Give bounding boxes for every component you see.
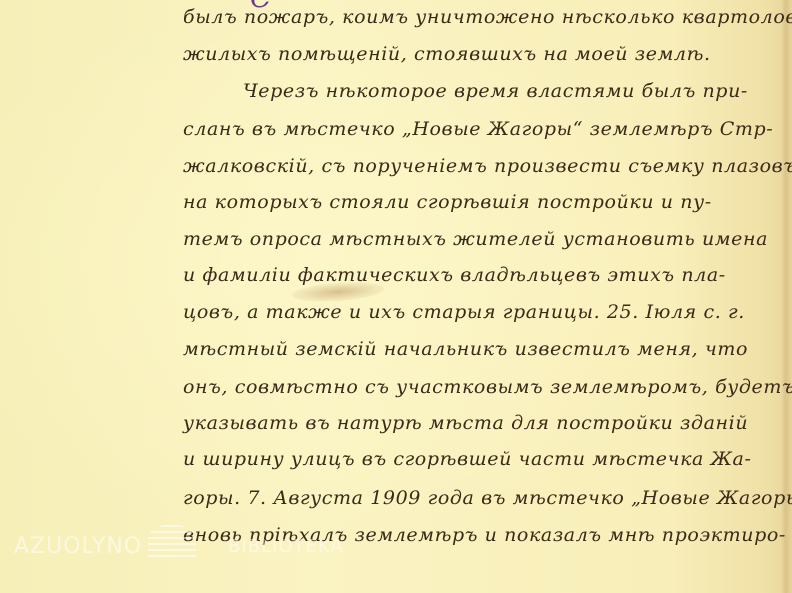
text-line: темъ опроса мѣстныхъ жителей установить …	[183, 230, 768, 249]
text-line: мѣстный земскій начальникъ известилъ мен…	[183, 340, 748, 359]
text-line: жилыхъ помѣщеній, стоявшихъ на моей земл…	[183, 45, 711, 64]
text-line: на которыхъ стояли сгорѣвшія постройки и…	[183, 193, 712, 212]
text-line: горы. 7. Августа 1909 года въ мѣстечко „…	[183, 489, 792, 508]
text-line: жалковскій, съ порученіемъ произвести съ…	[183, 157, 792, 176]
text-line: указывать въ натурѣ мѣста для постройки …	[183, 414, 748, 433]
text-line: и ширину улицъ въ сгорѣвшей части мѣстеч…	[183, 450, 751, 469]
text-line: цовъ, а также и ихъ старыя границы. 25. …	[183, 303, 745, 322]
text-line: онъ, совмѣстно съ участковымъ землемѣром…	[183, 378, 792, 397]
text-line: и фамиліи фактическихъ владѣльцевъ этихъ…	[183, 266, 726, 285]
watermark-text-secondary: BIBLIOTEKA	[228, 536, 344, 557]
document-page: С былъ пожаръ, коимъ уничтожено нѣскольк…	[0, 0, 792, 593]
text-line: былъ пожаръ, коимъ уничтожено нѣсколько …	[183, 8, 792, 27]
text-line: Черезъ нѣкоторое время властями былъ при…	[243, 82, 748, 101]
watermark-logo-icon	[148, 525, 196, 561]
text-line: сланъ въ мѣстечко „Новые Жагоры“ землемѣ…	[183, 120, 773, 139]
watermark-text: AZUOLYNO	[14, 534, 142, 559]
